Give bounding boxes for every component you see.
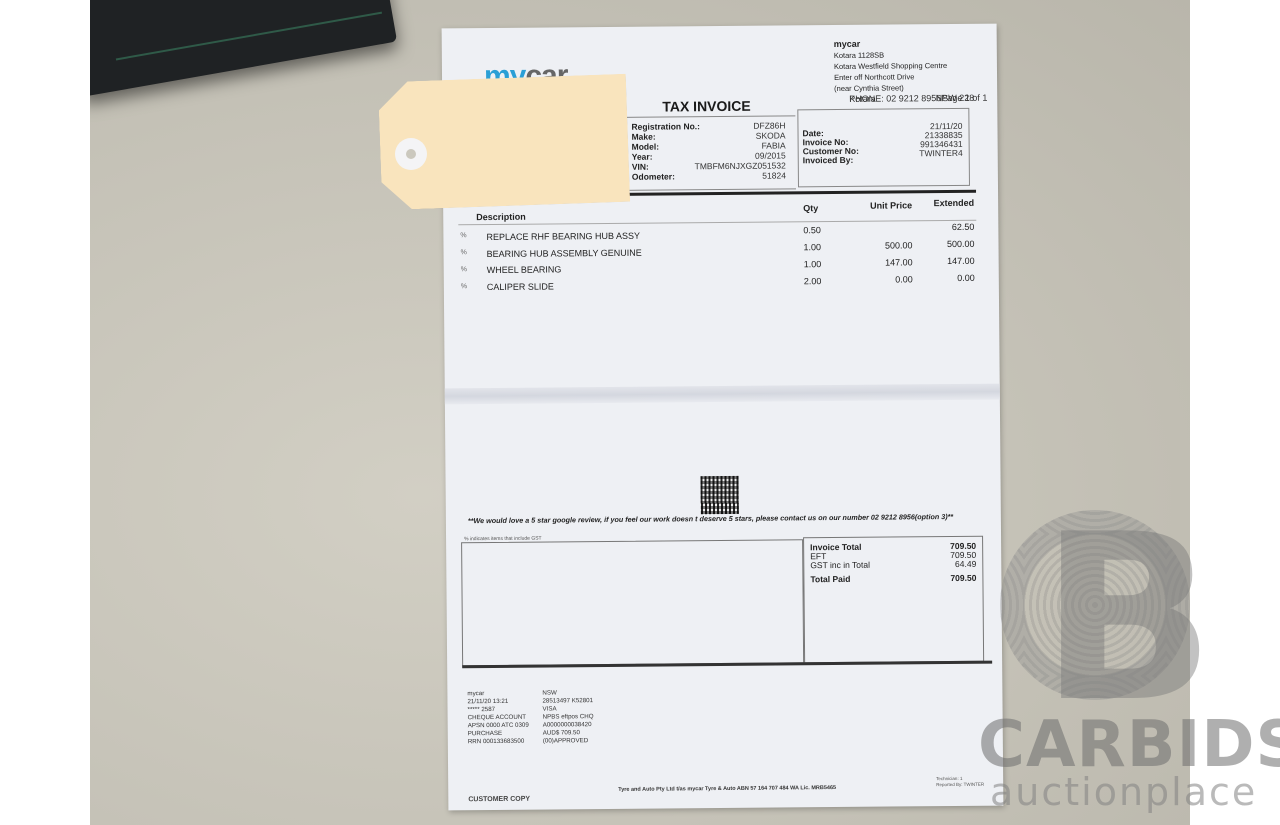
row-extended: 147.00: [919, 256, 975, 266]
header-unit-price: Unit Price: [850, 200, 912, 211]
row-unit-price: 147.00: [851, 257, 913, 268]
header-qty: Qty: [803, 203, 818, 213]
invoice-field: Invoiced By:TWINTER4: [803, 154, 963, 165]
watermark-letter: B: [1040, 505, 1215, 735]
receipt-line: RRN 000133683500(00)APPROVED: [468, 737, 594, 746]
total-line: Total Paid709.50: [810, 573, 976, 584]
row-extended: 500.00: [918, 239, 974, 249]
gst-marker: %: [461, 266, 467, 273]
tag-hole: [395, 138, 427, 170]
row-qty: 2.00: [804, 276, 822, 286]
invoice-details: Date:21/11/20Invoice No:21338835Customer…: [797, 108, 970, 187]
table-row: %CALIPER SLIDE2.000.000.00: [459, 275, 977, 297]
gst-marker: %: [461, 283, 467, 290]
vehicle-details: Registration No.:DFZ86HMake:SKODAModel:F…: [624, 115, 796, 190]
total-line: GST inc in Total64.49: [810, 559, 976, 570]
company-abn: Tyre and Auto Pty Ltd t/as mycar Tyre & …: [618, 785, 836, 793]
row-description: CALIPER SLIDE: [487, 282, 554, 293]
review-note: **We would love a 5 star google review, …: [468, 512, 953, 525]
document-title: TAX INVOICE: [662, 98, 751, 115]
technician-info: Technician: 1 Reported By: TWINTER: [936, 776, 984, 788]
row-unit-price: 500.00: [850, 240, 912, 251]
watermark-tagline: auctionplace: [990, 770, 1257, 814]
notes-box: [461, 539, 804, 666]
row-extended: 62.50: [918, 222, 974, 232]
row-qty: 0.50: [803, 225, 821, 235]
row-unit-price: 0.00: [851, 274, 913, 285]
totals-box: Invoice Total709.50EFT709.50GST inc in T…: [803, 536, 984, 664]
qr-code: [701, 476, 739, 514]
customer-copy-label: CUSTOMER COPY: [468, 796, 530, 804]
photo-background: mycar TAX INVOICE mycar Kotara 1128SB Ko…: [90, 0, 1190, 825]
eftpos-receipt: mycarNSW21/11/20 13:2128513497 K52801***…: [467, 689, 593, 746]
row-qty: 1.00: [804, 259, 822, 269]
paper-fold: [445, 384, 1000, 405]
gst-marker: %: [460, 232, 466, 239]
row-extended: 0.00: [919, 273, 975, 283]
shop-address: mycar Kotara 1128SB Kotara Westfield Sho…: [834, 38, 948, 94]
row-qty: 1.00: [803, 242, 821, 252]
row-unit-price: [850, 223, 912, 224]
row-description: REPLACE RHF BEARING HUB ASSY: [486, 231, 640, 242]
header-extended: Extended: [918, 198, 974, 208]
gst-marker: %: [461, 249, 467, 256]
vehicle-field: Odometer:51824: [632, 170, 786, 181]
row-description: BEARING HUB ASSEMBLY GENUINE: [487, 247, 642, 258]
dark-object: [90, 0, 397, 97]
header-description: Description: [476, 212, 526, 222]
row-description: WHEEL BEARING: [487, 265, 562, 276]
